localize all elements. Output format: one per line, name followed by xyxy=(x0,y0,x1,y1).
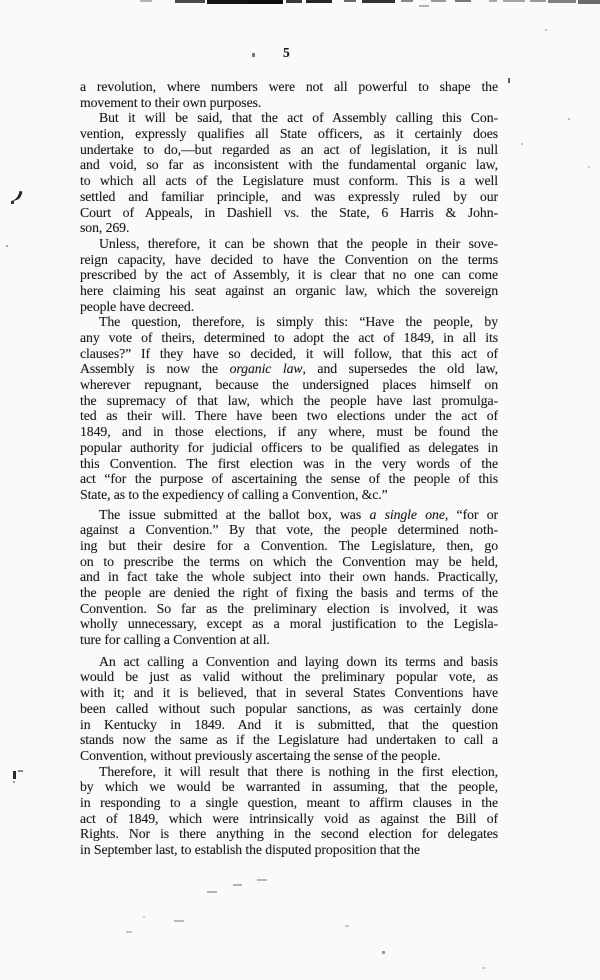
line-segment: , “for or xyxy=(445,507,498,522)
text-line: and in fact take the whole subject into … xyxy=(80,569,498,585)
text-line: ted as their will. There have been two e… xyxy=(80,408,498,424)
scan-artifact xyxy=(233,884,242,886)
text-line: a revolution, where numbers were not all… xyxy=(80,79,498,95)
text-line: undertake to do,—but regarded as an act … xyxy=(80,142,498,158)
text-line: would be just as valid without the preli… xyxy=(80,669,498,685)
paragraph: An act calling a Convention and laying d… xyxy=(80,654,498,764)
line-segment: , and supersedes the old law, xyxy=(303,361,498,376)
text-line: wholly unnecessary, except as a moral ju… xyxy=(80,616,498,632)
text-line: act of 1849, which were intrinsically vo… xyxy=(80,811,498,827)
page-number: 5 xyxy=(283,45,290,61)
text-line: An act calling a Convention and laying d… xyxy=(80,654,498,670)
text-line: The question, therefore, is simply this:… xyxy=(80,314,498,330)
scan-artifact xyxy=(568,118,570,120)
scan-artifact xyxy=(382,951,385,954)
text-line: on to prescribe the terms on which the C… xyxy=(80,554,498,570)
text-line: in responding to a single question, mean… xyxy=(80,795,498,811)
scan-artifact xyxy=(548,0,576,3)
text-line: act “for the purpose of ascertaining the… xyxy=(80,471,498,487)
text-line: the people are denied the right of fixin… xyxy=(80,585,498,601)
text-line: wherever repugnant, because the undersig… xyxy=(80,377,498,393)
scan-artifact xyxy=(545,29,547,31)
text-line: reign capacity, have decided to have the… xyxy=(80,252,498,268)
scan-artifact xyxy=(11,201,14,204)
text-line: movement to their own purposes. xyxy=(80,95,498,111)
text-line: been called without such popular sanctio… xyxy=(80,701,498,717)
text-line: popular authority for judicial officers … xyxy=(80,440,498,456)
line-segment: The issue submitted at the ballot box, w… xyxy=(99,507,369,522)
text-line: Assembly is now the organic law, and sup… xyxy=(80,361,498,377)
text-line: this Convention. The first election was … xyxy=(80,456,498,472)
ink-smudge-mark xyxy=(10,189,22,203)
paragraph: a revolution, where numbers were not all… xyxy=(80,79,498,110)
text-line: here claiming his seat against an organi… xyxy=(80,283,498,299)
text-line: Convention. So far as the preliminary el… xyxy=(80,601,498,617)
text-line: The issue submitted at the ballot box, w… xyxy=(80,507,498,523)
text-line: in Kentucky in 1849. And it is submitted… xyxy=(80,717,498,733)
text-line: in September last, to establish the disp… xyxy=(80,842,498,858)
scan-artifact xyxy=(503,0,525,2)
scan-artifact xyxy=(174,920,184,922)
scan-artifact xyxy=(344,0,356,2)
text-line: clauses?” If they have so decided, it wi… xyxy=(80,346,498,362)
paragraph: But it will be said, that the act of Ass… xyxy=(80,110,498,236)
scan-artifact xyxy=(306,0,332,3)
scan-artifact xyxy=(455,0,471,2)
paragraph: The question, therefore, is simply this:… xyxy=(80,314,498,502)
scan-artifact xyxy=(530,0,546,2)
scan-artifact xyxy=(207,0,247,4)
text-line: son, 269. xyxy=(80,220,498,236)
text-line: Rights. Nor is there anything in the sec… xyxy=(80,826,498,842)
scan-artifact xyxy=(286,0,302,3)
text-line: by which we would be warranted in assumi… xyxy=(80,779,498,795)
text-block: a revolution, where numbers were not all… xyxy=(80,79,498,858)
scan-artifact xyxy=(126,931,132,933)
italic-phrase: a single one xyxy=(369,507,444,522)
scan-artifact xyxy=(362,0,395,3)
text-line: Therefore, it will result that there is … xyxy=(80,764,498,780)
scan-artifact xyxy=(419,5,429,7)
scan-artifact xyxy=(207,891,217,893)
scan-artifact xyxy=(482,967,485,969)
scan-artifact xyxy=(257,879,267,881)
scan-artifact xyxy=(489,0,497,2)
scan-artifact xyxy=(508,78,510,83)
scan-artifact xyxy=(175,0,205,3)
text-line: ing but their desire for a Convention. T… xyxy=(80,538,498,554)
text-line: any vote of theirs, determined to adopt … xyxy=(80,330,498,346)
paragraph: Unless, therefore, it can be shown that … xyxy=(80,236,498,314)
italic-phrase: organic law xyxy=(230,361,303,376)
text-line: against a Convention.” By that vote, the… xyxy=(80,522,498,538)
scan-artifact xyxy=(345,925,349,927)
scan-artifact xyxy=(431,0,446,2)
scan-artifact xyxy=(13,771,16,779)
text-line: 1849, and in those elections, if any whe… xyxy=(80,424,498,440)
text-line: vention, expressly qualifies all State o… xyxy=(80,126,498,142)
scan-artifact xyxy=(401,0,413,2)
scan-artifact xyxy=(588,166,590,168)
scan-artifact xyxy=(578,0,600,4)
paragraph: Therefore, it will result that there is … xyxy=(80,764,498,858)
text-line: with it; and it is believed, that in sev… xyxy=(80,685,498,701)
text-line: Unless, therefore, it can be shown that … xyxy=(80,236,498,252)
text-line: settled and familiar principle, and was … xyxy=(80,189,498,205)
text-line: Court of Appeals, in Dashiell vs. the St… xyxy=(80,205,498,221)
text-line: Convention, without previously ascertain… xyxy=(80,748,498,764)
text-line: prescribed by the act of Assembly, it is… xyxy=(80,267,498,283)
text-line: the supremacy of that law, which the peo… xyxy=(80,393,498,409)
scan-artifact xyxy=(143,916,145,918)
text-line: people have decreed. xyxy=(80,299,498,315)
text-line: ture for calling a Convention at all. xyxy=(80,632,498,648)
scan-artifact xyxy=(18,770,23,772)
line-segment: Assembly is now the xyxy=(80,361,230,376)
text-line: stands now the same as if the Legislatur… xyxy=(80,732,498,748)
paragraph: The issue submitted at the ballot box, w… xyxy=(80,507,498,648)
text-line: But it will be said, that the act of Ass… xyxy=(80,110,498,126)
scan-artifact xyxy=(13,781,15,783)
text-line: and void, so far as inconsistent with th… xyxy=(80,157,498,173)
scan-artifact xyxy=(247,0,283,4)
text-line: to which all acts of the Legislature mus… xyxy=(80,173,498,189)
scan-artifact xyxy=(6,245,8,247)
scan-artifact xyxy=(521,143,523,145)
scan-artifact xyxy=(140,0,152,2)
scan-artifact xyxy=(252,53,255,57)
text-line: State, as to the expediency of calling a… xyxy=(80,487,498,503)
